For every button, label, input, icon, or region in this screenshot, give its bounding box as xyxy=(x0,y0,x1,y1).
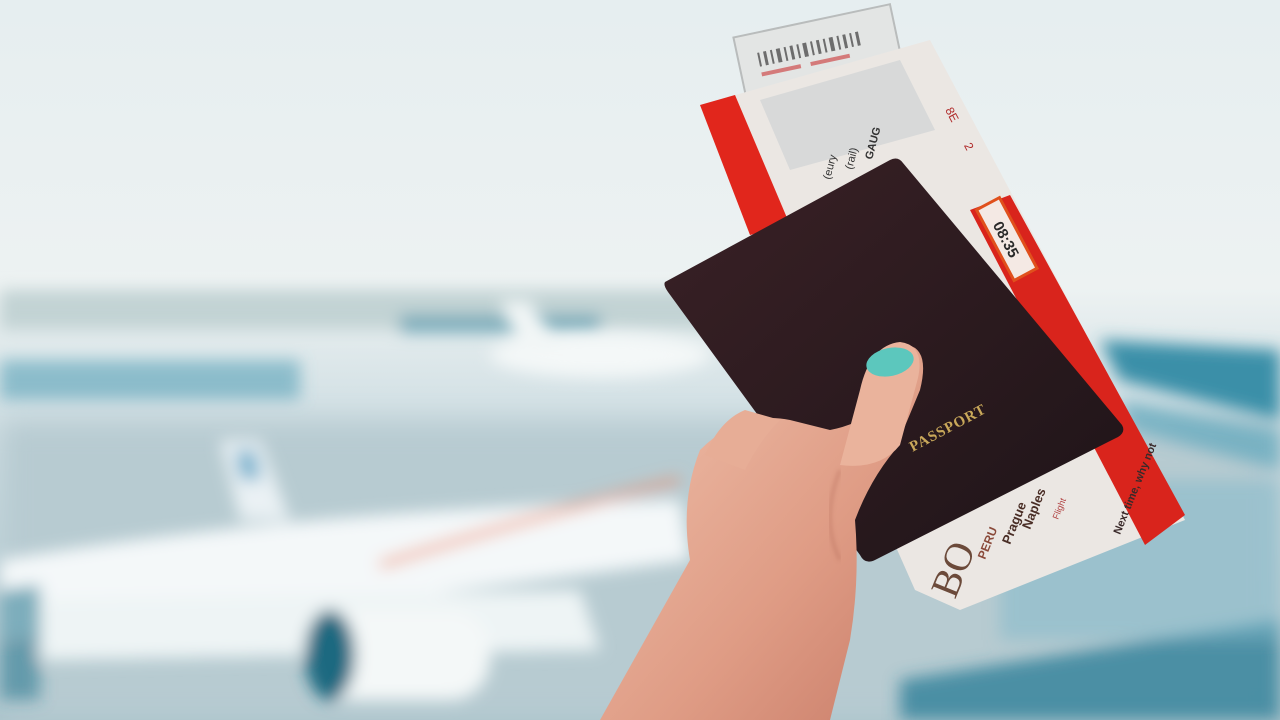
photo-scene: 08:35 8E 2 (eury (rail) GAUG BO PERU Pra… xyxy=(0,0,1280,720)
scene-svg: 08:35 8E 2 (eury (rail) GAUG BO PERU Pra… xyxy=(0,0,1280,720)
